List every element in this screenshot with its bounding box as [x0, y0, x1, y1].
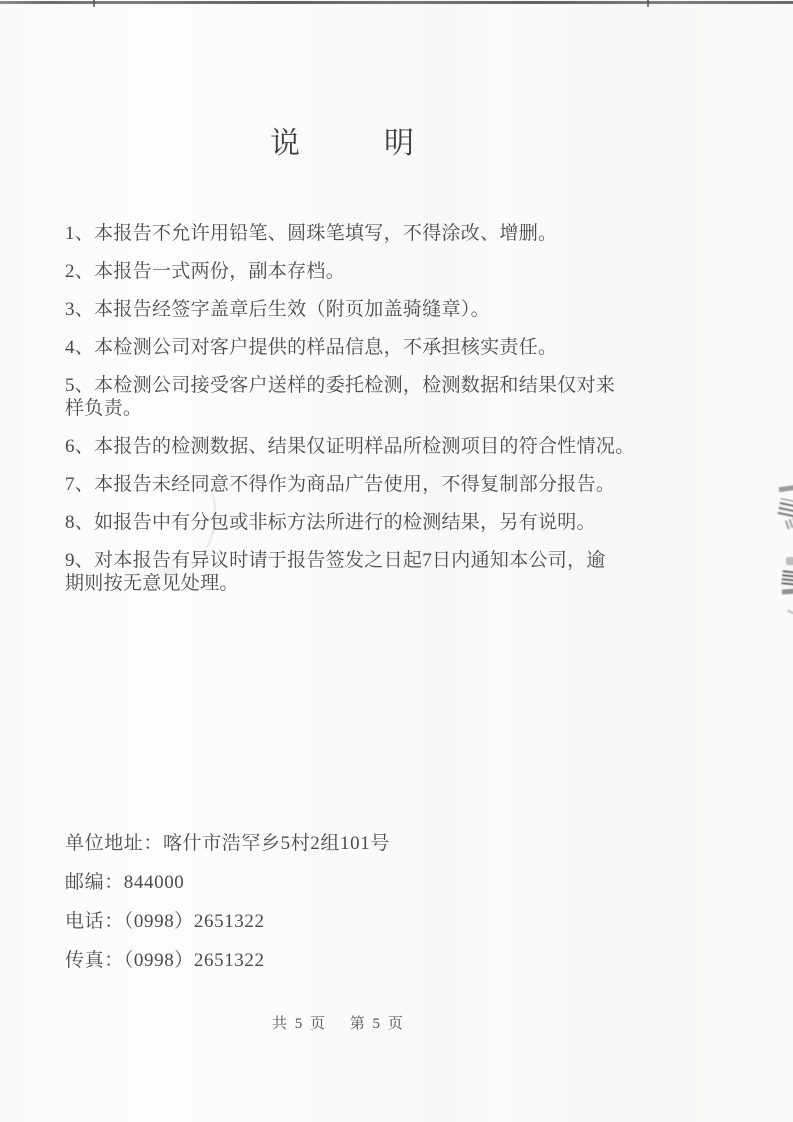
scan-edge-artifact [0, 1, 793, 4]
stamp-fragment [785, 518, 793, 530]
note-text: 7、本报告未经同意不得作为商品广告使用，不得复制部分报告。 [65, 473, 765, 496]
stamp-fragment [781, 570, 793, 586]
contact-fax: 传真：（0998）2651322 [65, 949, 390, 972]
contact-phone: 电话：（0998）2651322 [65, 910, 390, 933]
contact-address: 单位地址：喀什市浩罕乡5村2组101号 [65, 832, 390, 855]
contact-postcode: 邮编：844000 [65, 871, 390, 894]
document-page: 说 明 1、本报告不允许用铅笔、圆珠笔填写，不得涂改、增删。 2、本报告一式两份… [0, 0, 793, 1122]
note-text: 6、本报告的检测数据、结果仅证明样品所检测项目的符合性情况。 [65, 435, 765, 458]
stamp-fragment [782, 588, 793, 594]
stamp-fragment [778, 498, 793, 518]
notes-list: 1、本报告不允许用铅笔、圆珠笔填写，不得涂改、增删。 2、本报告一式两份，副本存… [65, 222, 765, 610]
note-item-8: 8、如报告中有分包或非标方法所进行的检测结果，另有说明。 [65, 511, 765, 534]
stamp-fragment [786, 557, 793, 565]
scan-tick-artifact [93, 0, 95, 7]
note-text: 4、本检测公司对客户提供的样品信息，不承担核实责任。 [65, 336, 765, 359]
note-item-4: 4、本检测公司对客户提供的样品信息，不承担核实责任。 [65, 336, 765, 359]
page-title: 说 明 [270, 126, 422, 162]
note-text: 2、本报告一式两份，副本存档。 [65, 260, 765, 283]
note-text: 样负责。 [65, 397, 765, 420]
edge-stamp-artifact [767, 483, 793, 623]
note-item-6: 6、本报告的检测数据、结果仅证明样品所检测项目的符合性情况。 [65, 435, 765, 458]
note-text: 3、本报告经签字盖章后生效（附页加盖骑缝章）。 [65, 298, 765, 321]
note-text: 5、本检测公司接受客户送样的委托检测，检测数据和结果仅对来 [65, 374, 765, 397]
note-item-7: 7、本报告未经同意不得作为商品广告使用，不得复制部分报告。 [65, 473, 765, 496]
note-item-5: 5、本检测公司接受客户送样的委托检测，检测数据和结果仅对来 样负责。 [65, 374, 765, 420]
stamp-fragment [787, 609, 793, 614]
note-text: 1、本报告不允许用铅笔、圆珠笔填写，不得涂改、增删。 [65, 222, 765, 245]
note-item-3: 3、本报告经签字盖章后生效（附页加盖骑缝章）。 [65, 298, 765, 321]
note-item-2: 2、本报告一式两份，副本存档。 [65, 260, 765, 283]
smudge-artifact [160, 566, 178, 580]
stamp-fragment [779, 485, 793, 492]
note-item-1: 1、本报告不允许用铅笔、圆珠笔填写，不得涂改、增删。 [65, 222, 765, 245]
note-text: 8、如报告中有分包或非标方法所进行的检测结果，另有说明。 [65, 511, 765, 534]
scan-tick-artifact [647, 0, 649, 7]
page-footer: 共 5 页 第 5 页 [272, 1014, 405, 1034]
contact-block: 单位地址：喀什市浩罕乡5村2组101号 邮编：844000 电话：（0998）2… [65, 832, 390, 988]
